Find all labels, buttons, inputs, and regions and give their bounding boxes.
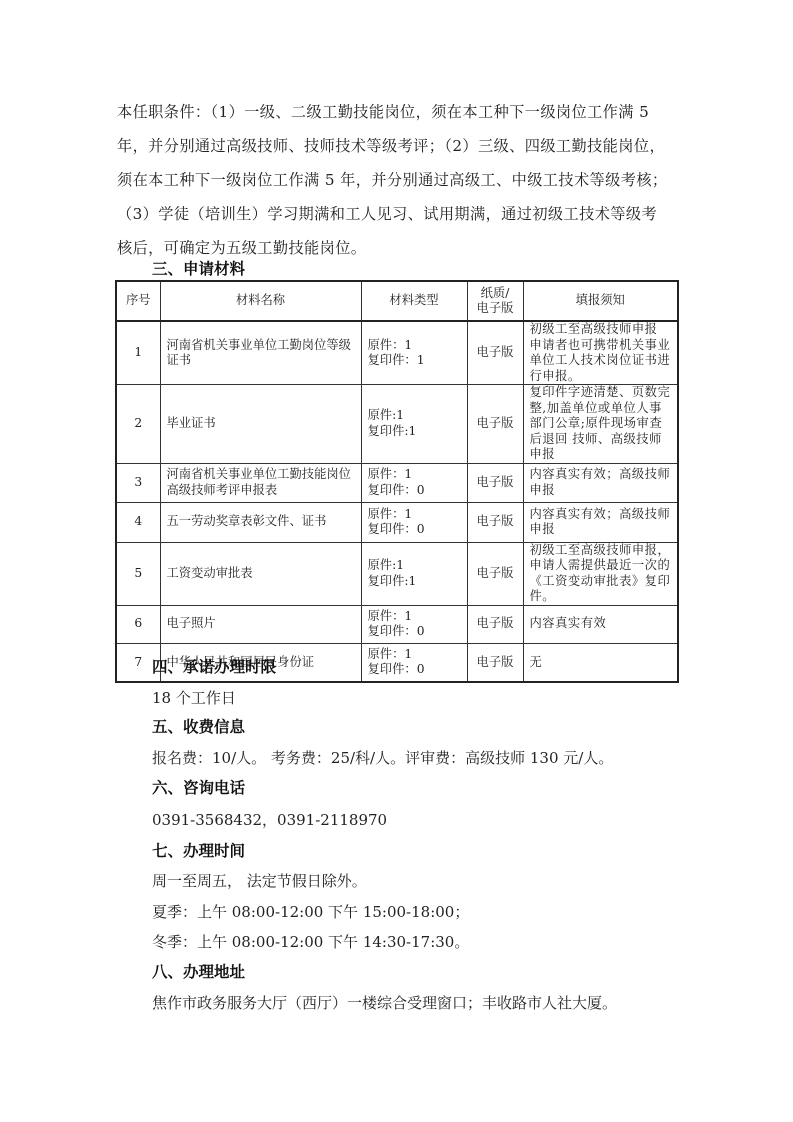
cell-name: 河南省机关事业单位工勤技能岗位高级技师考评申报表: [160, 463, 361, 502]
cell-note: 内容真实有效；高级技师申报: [523, 463, 678, 502]
cell-note: 复印件字迹清楚、页数完整,加盖单位或单位人事部门公章;原件现场审查后退回 技师、…: [523, 385, 678, 464]
table-row: 4 五一劳动奖章表彰文件、证书 原件：1 复印件：0 电子版 内容真实有效；高级…: [116, 502, 678, 542]
cell-no: 2: [116, 385, 160, 464]
table-row: 5 工资变动审批表 原件:1 复印件:1 电子版 初级工至高级技师申报，申请人需…: [116, 542, 678, 605]
cell-no: 3: [116, 463, 160, 502]
document-page: 本任职条件：（1）一级、二级工勤技能岗位，须在本工种下一级岗位工作满 5 年，并…: [0, 0, 793, 1122]
cell-note: 内容真实有效；高级技师申报: [523, 502, 678, 542]
cell-form: 电子版: [467, 542, 523, 605]
section-heading-fees: 五、收费信息: [152, 717, 245, 737]
cell-form: 电子版: [467, 385, 523, 464]
cell-type: 原件：1 复印件：0: [361, 643, 467, 682]
header-note: 填报须知: [523, 281, 678, 321]
paragraph-line: 须在本工种下一级岗位工作满 5 年，并分别通过高级工、中级工技术等级考核；: [117, 163, 677, 197]
cell-form: 电子版: [467, 643, 523, 682]
materials-table: 序号 材料名称 材料类型 纸质/ 电子版 填报须知 1 河南省机关事业单位工勤岗…: [115, 280, 679, 683]
header-name: 材料名称: [160, 281, 361, 321]
cell-name: 河南省机关事业单位工勤岗位等级证书: [160, 321, 361, 385]
cell-no: 6: [116, 605, 160, 643]
table-row: 1 河南省机关事业单位工勤岗位等级证书 原件：1 复印件：1 电子版 初级工至高…: [116, 321, 678, 385]
header-type: 材料类型: [361, 281, 467, 321]
table-header-row: 序号 材料名称 材料类型 纸质/ 电子版 填报须知: [116, 281, 678, 321]
table-row: 3 河南省机关事业单位工勤技能岗位高级技师考评申报表 原件：1 复印件：0 电子…: [116, 463, 678, 502]
header-no: 序号: [116, 281, 160, 321]
cell-type: 原件：1 复印件：0: [361, 463, 467, 502]
cell-name: 毕业证书: [160, 385, 361, 464]
cell-no: 5: [116, 542, 160, 605]
section-heading-phone: 六、咨询电话: [152, 778, 245, 798]
cell-note: 无: [523, 643, 678, 682]
paragraph-line: 年，并分别通过高级技师、技师技术等级考评；（2）三级、四级工勤技能岗位，: [117, 129, 677, 163]
cell-no: 1: [116, 321, 160, 385]
hours-line: 冬季：上午 08:00-12:00 下午 14:30-17:30。: [152, 932, 469, 952]
paragraph-line: 核后，可确定为五级工勤技能岗位。: [117, 231, 677, 257]
hours-line: 周一至周五， 法定节假日除外。: [152, 871, 367, 891]
paragraph-line: （3）学徒（培训生）学习期满和工人见习、试用期满，通过初级工技术等级考: [117, 197, 677, 231]
cell-type: 原件:1 复印件:1: [361, 385, 467, 464]
cell-form: 电子版: [467, 321, 523, 385]
section-heading-time-limit: 四、承诺办理时限: [152, 657, 276, 677]
qualification-paragraph: 本任职条件：（1）一级、二级工勤技能岗位，须在本工种下一级岗位工作满 5 年，并…: [117, 95, 677, 257]
cell-name: 电子照片: [160, 605, 361, 643]
cell-type: 原件：1 复印件：1: [361, 321, 467, 385]
cell-note: 初级工至高级技师申报，申请人需提供最近一次的《工资变动审批表》复印件。: [523, 542, 678, 605]
cell-name: 工资变动审批表: [160, 542, 361, 605]
section-heading-materials: 三、申请材料: [152, 259, 245, 279]
header-form: 纸质/ 电子版: [467, 281, 523, 321]
section-heading-hours: 七、办理时间: [152, 841, 245, 861]
time-limit-text: 18 个工作日: [152, 688, 236, 708]
fees-text: 报名费：10/人。 考务费：25/科/人。评审费：高级技师 130 元/人。: [152, 748, 613, 768]
cell-name: 五一劳动奖章表彰文件、证书: [160, 502, 361, 542]
cell-type: 原件:1 复印件:1: [361, 542, 467, 605]
cell-form: 电子版: [467, 463, 523, 502]
cell-note: 内容真实有效: [523, 605, 678, 643]
hours-line: 夏季：上午 08:00-12:00 下午 15:00-18:00；: [152, 902, 469, 922]
cell-type: 原件：1 复印件：0: [361, 502, 467, 542]
cell-form: 电子版: [467, 605, 523, 643]
paragraph-line: 本任职条件：（1）一级、二级工勤技能岗位，须在本工种下一级岗位工作满 5: [117, 95, 677, 129]
cell-type: 原件：1 复印件：0: [361, 605, 467, 643]
phone-text: 0391-3568432，0391-2118970: [152, 810, 387, 830]
cell-note: 初级工至高级技师申报 申请者也可携带机关事业单位工人技术岗位证书进行申报。: [523, 321, 678, 385]
address-text: 焦作市政务服务大厅（西厅）一楼综合受理窗口；丰收路市人社大厦。: [152, 993, 617, 1013]
cell-no: 4: [116, 502, 160, 542]
table-row: 2 毕业证书 原件:1 复印件:1 电子版 复印件字迹清楚、页数完整,加盖单位或…: [116, 385, 678, 464]
section-heading-address: 八、办理地址: [152, 962, 245, 982]
table-row: 6 电子照片 原件：1 复印件：0 电子版 内容真实有效: [116, 605, 678, 643]
cell-form: 电子版: [467, 502, 523, 542]
